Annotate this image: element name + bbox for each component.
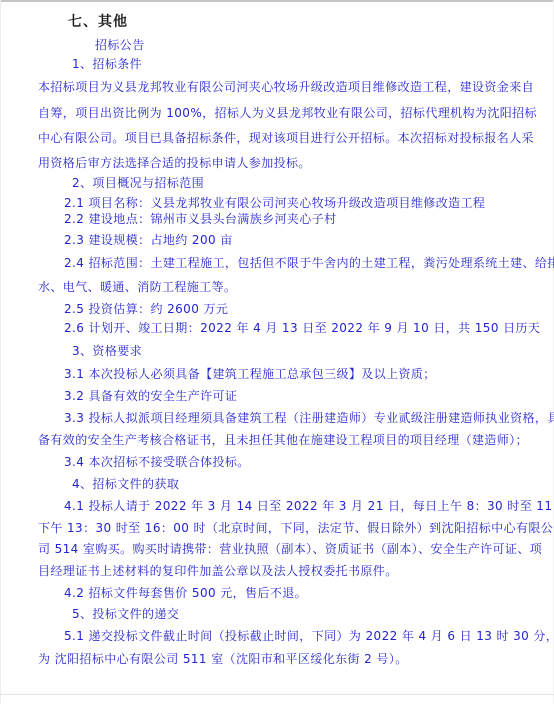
doc-line: 本招标项目为义县龙邦牧业有限公司河夹心牧场升级改造项目维修改造工程，建设资金来自 xyxy=(38,80,534,94)
doc-line: 3.4 本次招标不接受联合体投标。 xyxy=(64,455,250,469)
doc-line: 4.2 招标文件每套售价 500 元，售后不退。 xyxy=(64,586,307,600)
doc-line: 1、招标条件 xyxy=(72,57,142,71)
doc-line: 3.2 具备有效的安全生产许可证 xyxy=(64,389,237,403)
doc-line: 3、资格要求 xyxy=(72,344,142,358)
doc-line: 2.6 计划开、竣工日期：2022 年 4 月 13 日至 2022 年 9 月… xyxy=(64,321,540,335)
page-bottom-edge xyxy=(0,694,554,695)
page-left-edge xyxy=(0,0,1,704)
doc-line: 2、项目概况与招标范围 xyxy=(72,176,204,190)
doc-line: 2.4 招标范围：土建工程施工，包括但不限于牛舍内的土建工程，粪污处理系统土建、… xyxy=(64,256,554,270)
doc-line: 下午 13：30 时至 16：00 时（北京时间，下同，法定节、假日除外）到沈阳… xyxy=(38,521,553,535)
doc-line: 2.5 投资估算：约 2600 万元 xyxy=(64,302,228,316)
document-heading: 七、其他 xyxy=(68,15,128,29)
doc-line: 中心有限公司。项目已具备招标条件，现对该项目进行公开招标。本次招标对投标报名人采 xyxy=(38,131,534,145)
doc-line: 水、电气、暖通、消防工程施工等。 xyxy=(38,280,236,294)
doc-line: 2.2 建设地点：锦州市义县头台满族乡河夹心子村 xyxy=(64,212,337,226)
document-subheading: 招标公告 xyxy=(95,38,145,52)
document-page: 七、其他招标公告1、招标条件本招标项目为义县龙邦牧业有限公司河夹心牧场升级改造项… xyxy=(0,0,554,704)
doc-line: 目经理证书上述材料的复印件加盖公章以及法人授权委托书原件。 xyxy=(38,564,398,578)
doc-line: 5.1 递交投标文件截止时间（投标截止时间，下同）为 2022 年 4 月 6 … xyxy=(64,629,554,643)
doc-line: 5、投标文件的递交 xyxy=(72,607,179,621)
doc-line: 司 514 室购买。购买时请携带：营业执照（副本）、资质证书（副本）、安全生产许… xyxy=(38,542,542,556)
doc-line: 4.1 投标人请于 2022 年 3 月 14 日至 2022 年 3 月 21… xyxy=(64,499,554,513)
doc-line: 自筹，项目出资比例为 100%，招标人为义县龙邦牧业有限公司，招标代理机构为沈阳… xyxy=(38,106,537,120)
doc-line: 2.1 项目名称：义县龙邦牧业有限公司河夹心牧场升级改造项目维修改造工程 xyxy=(64,196,485,210)
doc-line: 4、招标文件的获取 xyxy=(72,477,179,491)
doc-line: 备有效的安全生产考核合格证书，且未担任其他在施建设工程项目的项目经理（建造师）； xyxy=(38,433,528,447)
doc-line: 为 沈阳招标中心有限公司 511 室（沈阳市和平区绥化东街 2 号）。 xyxy=(38,652,408,666)
doc-line: 3.1 本次投标人必须具备【建筑工程施工总承包三级】及以上资质； xyxy=(64,367,436,381)
doc-line: 2.3 建设规模：占地约 200 亩 xyxy=(64,233,233,247)
page-top-edge xyxy=(0,0,554,2)
doc-line: 3.3 投标人拟派项目经理须具备建筑工程（注册建造师）专业贰级注册建造师执业资格… xyxy=(64,411,554,425)
doc-line: 用资格后审方法选择合适的投标申请人参加投标。 xyxy=(38,156,311,170)
